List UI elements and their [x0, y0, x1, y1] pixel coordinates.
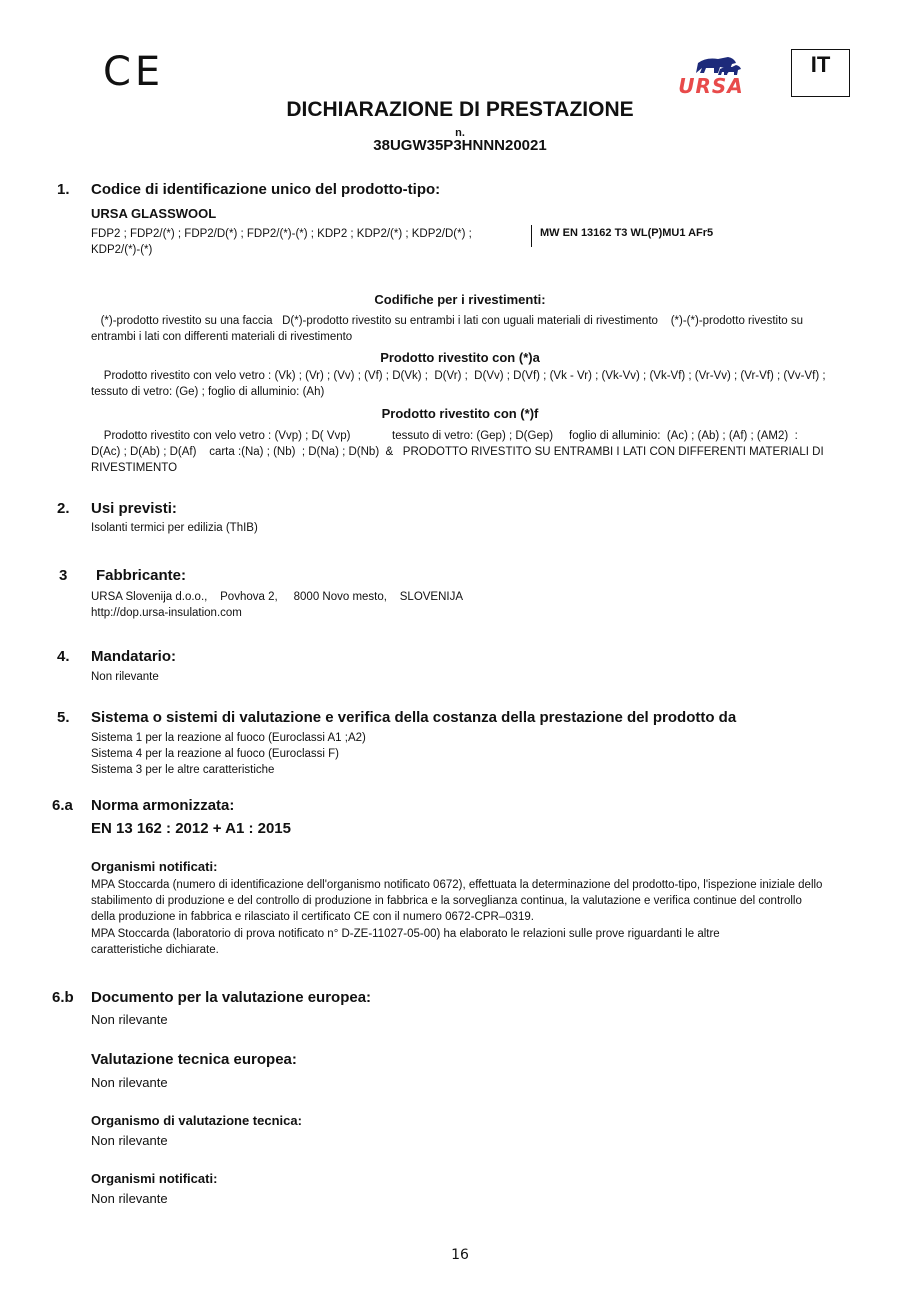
ead-text: Non rilevante: [91, 1011, 168, 1029]
section-6b-heading: Documento per la valutazione europea:: [91, 989, 371, 1007]
logo-text: URSA: [676, 75, 746, 97]
ursa-logo: URSA: [676, 55, 746, 99]
coated-f-heading: Prodotto rivestito con (*)f: [0, 406, 920, 422]
section-2-heading: Usi previsti:: [91, 500, 177, 518]
notified-bodies-heading: Organismi notificati:: [91, 859, 217, 875]
manufacturer-address: URSA Slovenija d.o.o., Povhova 2, 8000 N…: [91, 589, 463, 605]
section-3-number: 3: [59, 567, 67, 585]
ce-mark: CE: [103, 52, 164, 92]
eta-text: Non rilevante: [91, 1074, 168, 1092]
tab-heading: Organismo di valutazione tecnica:: [91, 1113, 302, 1129]
manufacturer-website[interactable]: http://dop.ursa-insulation.com: [91, 605, 242, 621]
section-1-heading: Codice di identificazione unico del prod…: [91, 181, 440, 199]
coated-a-text: Prodotto rivestito con velo vetro : (Vk)…: [91, 368, 847, 400]
system-line: Sistema 4 per la reazione al fuoco (Euro…: [91, 746, 339, 762]
system-line: Sistema 3 per le altre caratteristiche: [91, 762, 274, 778]
document-number: 38UGW35P3HNNN20021: [0, 137, 920, 155]
harmonised-standard: EN 13 162 : 2012 + A1 : 2015: [91, 820, 291, 838]
eta-heading: Valutazione tecnica europea:: [91, 1051, 297, 1069]
product-name: URSA GLASSWOOL: [91, 206, 216, 222]
notified-bodies-text-1: MPA Stoccarda (numero di identificazione…: [91, 877, 826, 925]
section-4-number: 4.: [57, 648, 70, 666]
section-1-number: 1.: [57, 181, 70, 199]
section-3-heading: Fabbricante:: [96, 567, 186, 585]
language-badge: IT: [791, 49, 850, 97]
representative-text: Non rilevante: [91, 669, 159, 685]
section-5-number: 5.: [57, 709, 70, 727]
coatings-heading: Codifiche per i rivestimenti:: [0, 292, 920, 308]
designation-code: MW EN 13162 T3 WL(P)MU1 AFr5: [531, 225, 713, 247]
section-6a-number: 6.a: [52, 797, 73, 815]
notified-bodies-6b-text: Non rilevante: [91, 1190, 168, 1208]
section-6a-heading: Norma armonizzata:: [91, 797, 234, 815]
system-line: Sistema 1 per la reazione al fuoco (Euro…: [91, 730, 366, 746]
intended-use: Isolanti termici per edilizia (ThIB): [91, 520, 258, 536]
product-codes: FDP2 ; FDP2/(*) ; FDP2/D(*) ; FDP2/(*)-(…: [91, 226, 521, 258]
page-number: 16: [0, 1247, 920, 1263]
section-6b-number: 6.b: [52, 989, 74, 1007]
section-5-heading: Sistema o sistemi di valutazione e verif…: [91, 709, 736, 727]
notified-bodies-text-2: MPA Stoccarda (laboratorio di prova noti…: [91, 926, 791, 958]
section-4-heading: Mandatario:: [91, 648, 176, 666]
coated-a-heading: Prodotto rivestito con (*)a: [0, 350, 920, 366]
coatings-text: (*)-prodotto rivestito su una faccia D(*…: [91, 313, 847, 345]
notified-bodies-6b-heading: Organismi notificati:: [91, 1171, 217, 1187]
section-2-number: 2.: [57, 500, 70, 518]
page-title: DICHIARAZIONE DI PRESTAZIONE: [0, 98, 920, 122]
coated-f-text: Prodotto rivestito con velo vetro : (Vvp…: [91, 428, 831, 476]
tab-text: Non rilevante: [91, 1132, 168, 1150]
